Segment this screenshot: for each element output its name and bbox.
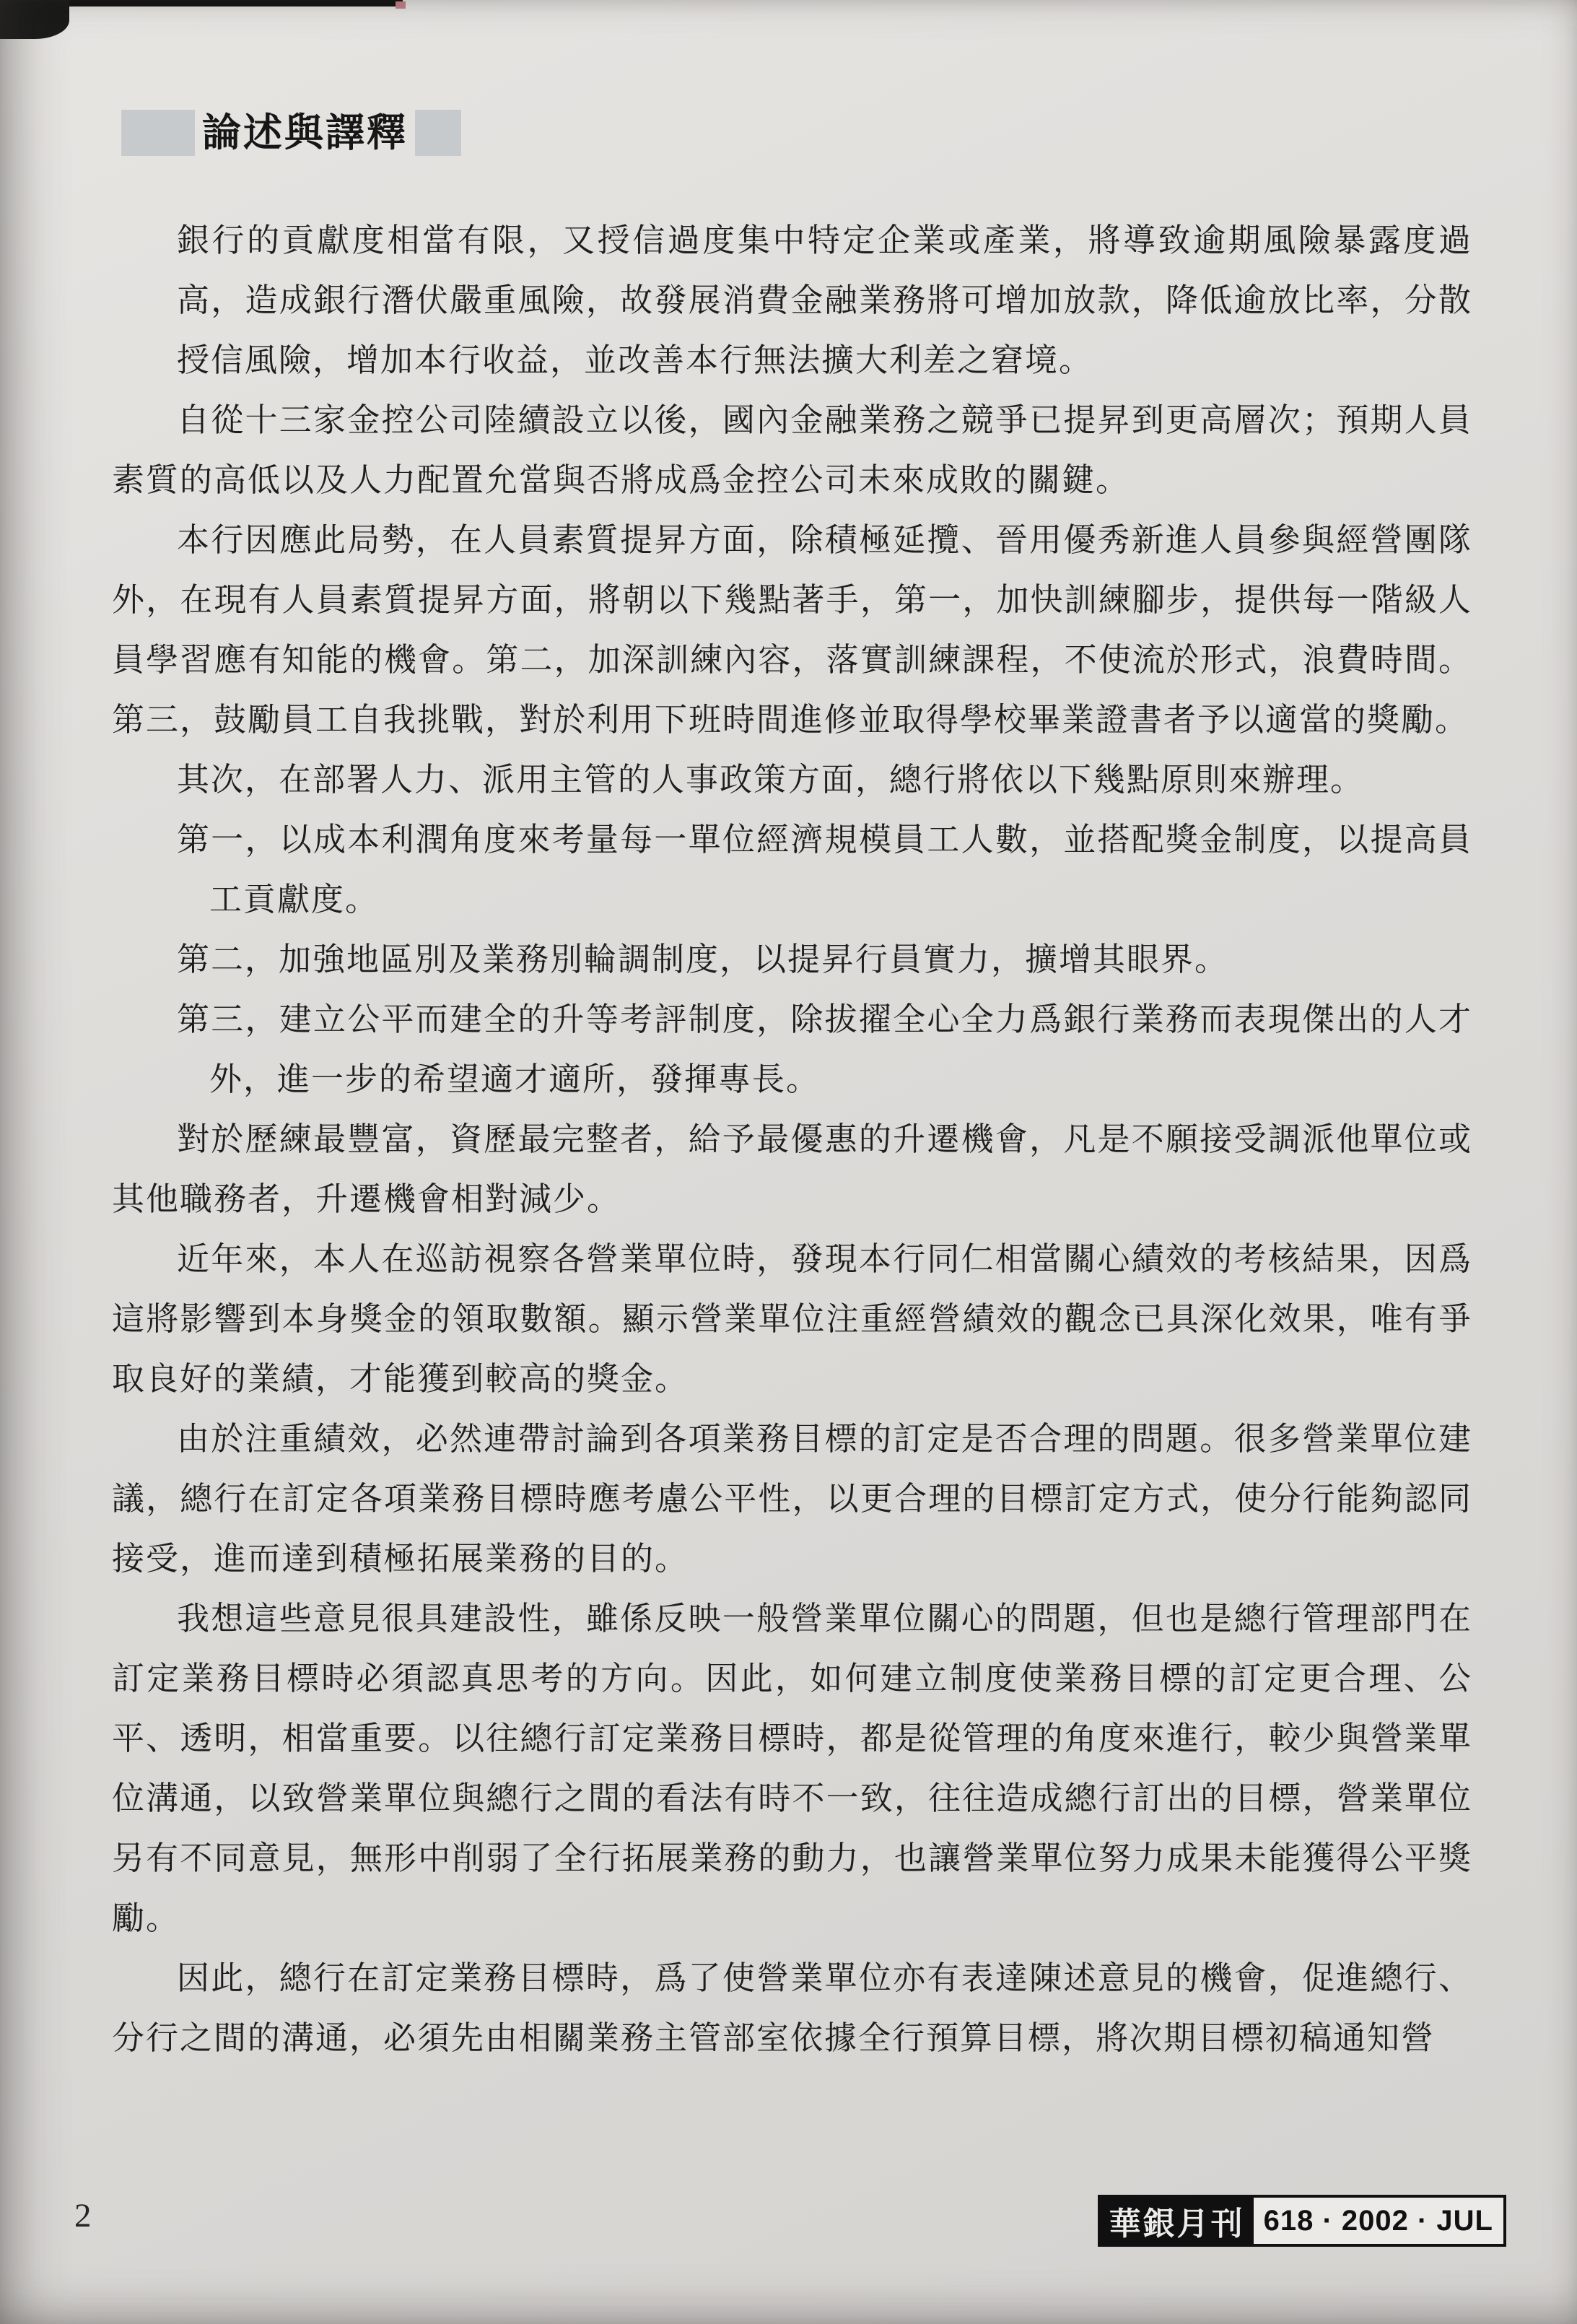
- paragraph: 自從十三家金控公司陸續設立以後，國內金融業務之競爭已提昇到更高層次；預期人員素質…: [112, 391, 1472, 510]
- page-number: 2: [74, 2196, 92, 2235]
- paragraph: 由於注重績效，必然連帶討論到各項業務目標的訂定是否合理的問題。很多營業單位建議，…: [112, 1409, 1472, 1589]
- section-header: 論述與譯釋: [121, 110, 461, 156]
- header-decorative-block-left: [121, 110, 195, 156]
- paragraph: 第一，以成本利潤角度來考量每一單位經濟規模員工人數，並搭配獎金制度，以提高員工貢…: [112, 810, 1472, 930]
- paragraph: 對於歷練最豐富，資歷最完整者，給予最優惠的升遷機會，凡是不願接受調派他單位或其他…: [112, 1110, 1472, 1230]
- paragraph: 近年來，本人在巡訪視察各營業單位時，發現本行同仁相當關心績效的考核結果，因爲這將…: [112, 1230, 1472, 1409]
- section-title: 論述與譯釋: [202, 110, 408, 156]
- paragraph: 其次，在部署人力、派用主管的人事政策方面，總行將依以下幾點原則來辦理。: [112, 750, 1472, 810]
- paragraph: 因此，總行在訂定業務目標時，爲了使營業單位亦有表達陳述意見的機會，促進總行、分行…: [112, 1949, 1472, 2068]
- paragraph: 第三，建立公平而建全的升等考評制度，除拔擢全心全力爲銀行業務而表現傑出的人才外，…: [112, 990, 1472, 1110]
- paragraph: 我想這些意見很具建設性，雖係反映一般營業單位關心的問題，但也是總行管理部門在訂定…: [112, 1589, 1472, 1949]
- journal-footer-badge: 華銀月刊 618 · 2002 · JUL: [1098, 2195, 1506, 2247]
- header-decorative-block-right: [415, 110, 461, 156]
- article-body: 銀行的貢獻度相當有限，又授信過度集中特定企業或產業，將導致逾期風險暴露度過高，造…: [112, 211, 1472, 2068]
- paragraph: 本行因應此局勢，在人員素質提昇方面，除積極延攬、晉用優秀新進人員參與經營團隊外，…: [112, 510, 1472, 750]
- paragraph: 銀行的貢獻度相當有限，又授信過度集中特定企業或產業，將導致逾期風險暴露度過高，造…: [177, 211, 1472, 391]
- scan-color-speck: [396, 1, 406, 9]
- journal-name-label: 華銀月刊: [1101, 2198, 1254, 2244]
- scan-corner-artifact: [0, 0, 69, 39]
- scanned-journal-page: 論述與譯釋 銀行的貢獻度相當有限，又授信過度集中特定企業或產業，將導致逾期風險暴…: [0, 0, 1577, 2324]
- journal-issue-label: 618 · 2002 · JUL: [1254, 2198, 1503, 2244]
- paragraph: 第二，加強地區別及業務別輪調制度，以提昇行員實力，擴增其眼界。: [112, 930, 1472, 990]
